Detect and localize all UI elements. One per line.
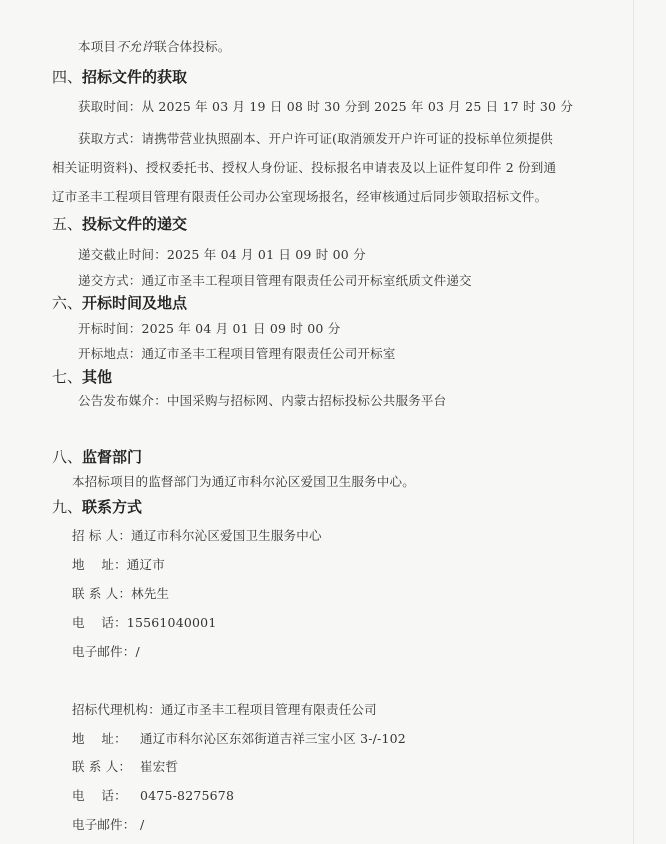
field-value: 0475-8275678 <box>140 788 234 803</box>
tenderer-name: 招 标 人：通辽市科尔沁区爱国卫生服务中心 <box>72 526 322 544</box>
field-label: 获取方式： <box>78 131 142 146</box>
section-8-heading: 八、监督部门 <box>52 446 142 467</box>
tenderer-address: 地 址：通辽市 <box>72 555 165 573</box>
field-value: 2025 年 04 月 01 日 09 时 00 分 <box>142 321 341 336</box>
field-value: 通辽市科尔沁区东郊街道吉祥三宝小区 3-/-102 <box>140 731 406 746</box>
section-title: 其他 <box>82 368 112 386</box>
field-value: 15561040001 <box>127 615 217 630</box>
field-label: 递交方式： <box>78 273 142 288</box>
field-label: 联 系 人： <box>72 757 140 775</box>
agency-email: 电子邮件：/ <box>72 815 144 833</box>
agency-contact: 联 系 人：崔宏哲 <box>72 757 178 775</box>
field-value: 请携带营业执照副本、开户许可证(取消颁发开户许可证的投标单位须提供 <box>142 131 553 146</box>
note-prefix: 本项目 <box>78 39 116 54</box>
field-label: 地 址： <box>72 729 140 747</box>
field-label: 开标时间： <box>78 321 142 336</box>
submit-method: 递交方式：通辽市圣丰工程项目管理有限责任公司开标室纸质文件递交 <box>78 271 472 289</box>
section-title: 联系方式 <box>82 498 142 516</box>
section-9-heading: 九、联系方式 <box>52 496 142 517</box>
tenderer-phone: 电 话：15561040001 <box>72 613 216 631</box>
field-value: 从 2025 年 03 月 19 日 08 时 30 分到 2025 年 03 … <box>142 99 574 114</box>
section-number: 九、 <box>52 498 82 516</box>
field-label: 电 话： <box>72 613 127 631</box>
section-6-heading: 六、开标时间及地点 <box>52 292 187 313</box>
agency-phone: 电 话：0475-8275678 <box>72 786 234 804</box>
field-label: 公告发布媒介： <box>78 393 167 408</box>
field-label: 联 系 人： <box>72 584 131 602</box>
section-4-heading: 四、招标文件的获取 <box>52 66 187 87</box>
agency-address: 地 址：通辽市科尔沁区东郊街道吉祥三宝小区 3-/-102 <box>72 729 406 747</box>
section-number: 六、 <box>52 294 82 312</box>
agency-name: 招标代理机构：通辽市圣丰工程项目管理有限责任公司 <box>72 700 377 718</box>
section-title: 招标文件的获取 <box>82 68 187 86</box>
field-value: 通辽市 <box>127 557 165 572</box>
opening-place: 开标地点：通辽市圣丰工程项目管理有限责任公司开标室 <box>78 344 396 362</box>
field-label: 开标地点： <box>78 346 142 361</box>
field-value: 崔宏哲 <box>140 759 178 774</box>
consortium-note: 本项目不允许联合体投标。 <box>78 37 230 55</box>
tenderer-contact: 联 系 人：林先生 <box>72 584 169 602</box>
field-value: 通辽市圣丰工程项目管理有限责任公司开标室 <box>142 346 396 361</box>
field-label: 电 话： <box>72 786 140 804</box>
section-number: 五、 <box>52 215 82 233</box>
acquire-method-line2: 相关证明资料)、授权委托书、授权人身份证、投标报名申请表及以上证件复印件 2 份… <box>52 158 556 176</box>
field-value: / <box>136 644 140 659</box>
section-title: 开标时间及地点 <box>82 294 187 312</box>
field-value: 通辽市圣丰工程项目管理有限责任公司开标室纸质文件递交 <box>142 273 472 288</box>
submit-deadline: 递交截止时间：2025 年 04 月 01 日 09 时 00 分 <box>78 245 366 263</box>
field-label: 电子邮件： <box>72 642 136 660</box>
note-suffix: 联合体投标。 <box>154 39 230 54</box>
acquire-method-line3: 辽市圣丰工程项目管理有限责任公司办公室现场报名，经审核通过后同步领取招标文件。 <box>52 187 547 205</box>
section-number: 四、 <box>52 68 82 86</box>
field-value: 通辽市科尔沁区爱国卫生服务中心 <box>131 528 322 543</box>
field-value: 2025 年 04 月 01 日 09 时 00 分 <box>167 247 366 262</box>
section-number: 八、 <box>52 448 82 466</box>
field-value: 林先生 <box>131 586 169 601</box>
field-label: 招标代理机构： <box>72 700 161 718</box>
field-value: 通辽市圣丰工程项目管理有限责任公司 <box>161 702 377 717</box>
field-value: / <box>140 817 144 832</box>
field-label: 电子邮件： <box>72 815 140 833</box>
field-label: 招 标 人： <box>72 526 131 544</box>
opening-time: 开标时间：2025 年 04 月 01 日 09 时 00 分 <box>78 319 340 337</box>
field-label: 地 址： <box>72 555 127 573</box>
acquire-time: 获取时间：从 2025 年 03 月 19 日 08 时 30 分到 2025 … <box>78 97 573 115</box>
publish-media: 公告发布媒介：中国采购与招标网、内蒙古招标投标公共服务平台 <box>78 391 446 409</box>
tenderer-email: 电子邮件：/ <box>72 642 140 660</box>
section-title: 投标文件的递交 <box>82 215 187 233</box>
section-7-heading: 七、其他 <box>52 366 112 387</box>
field-value: 中国采购与招标网、内蒙古招标投标公共服务平台 <box>167 393 446 408</box>
acquire-method-line1: 获取方式：请携带营业执照副本、开户许可证(取消颁发开户许可证的投标单位须提供 <box>78 129 553 147</box>
section-number: 七、 <box>52 368 82 386</box>
field-label: 递交截止时间： <box>78 247 167 262</box>
section-title: 监督部门 <box>82 448 142 466</box>
supervision-text: 本招标项目的监督部门为通辽市科尔沁区爱国卫生服务中心。 <box>72 472 415 490</box>
section-5-heading: 五、投标文件的递交 <box>52 213 187 234</box>
page-fold-line <box>633 0 634 844</box>
field-label: 获取时间： <box>78 99 142 114</box>
note-italic: 不允许 <box>116 39 154 54</box>
